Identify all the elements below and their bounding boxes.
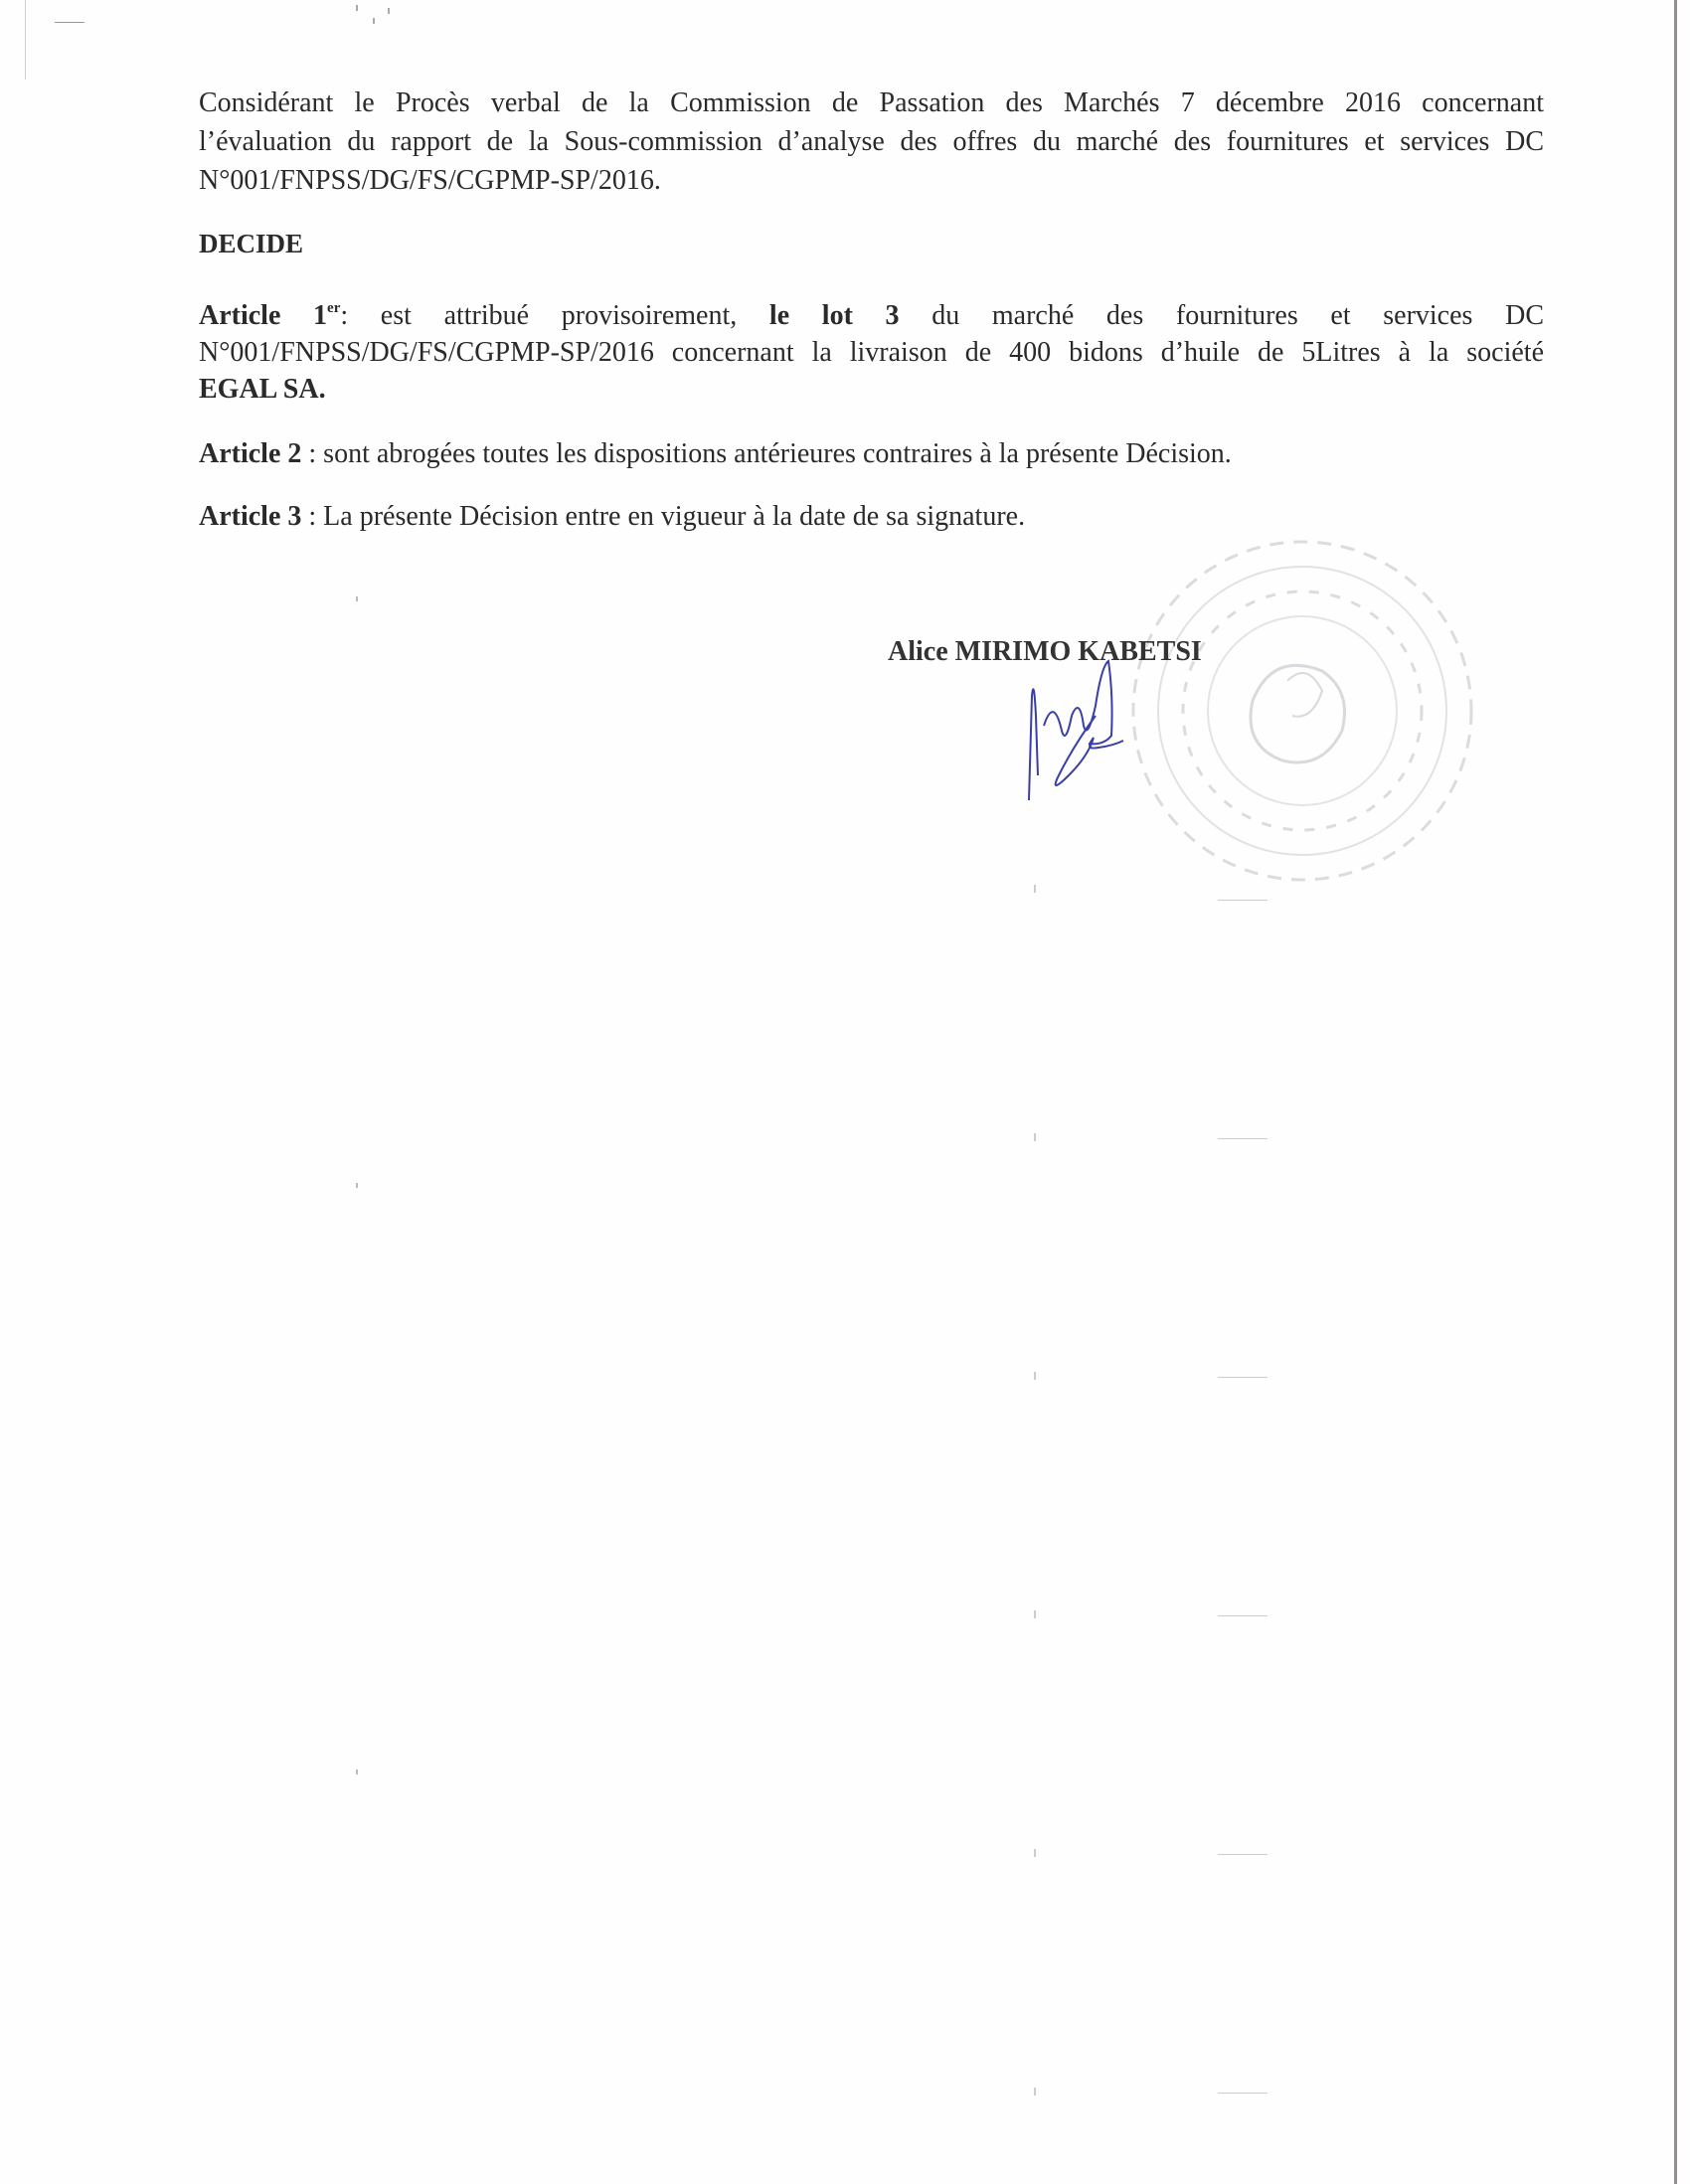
official-stamp-icon <box>1123 532 1481 890</box>
scan-edge-left <box>25 0 26 80</box>
article-2-text: : sont abrogées toutes les dispositions … <box>301 438 1231 469</box>
scan-mark <box>1218 900 1267 901</box>
article-1-text-cont: du marché des fournitures et services DC <box>900 300 1544 331</box>
scan-edge-right <box>1674 0 1677 2184</box>
decide-heading: DECIDE <box>199 225 1544 263</box>
article-2: Article 2 : sont abrogées toutes les dis… <box>199 434 1544 473</box>
scan-speck <box>373 18 375 24</box>
scan-speck <box>1034 1610 1036 1618</box>
preamble-line-2: l’évaluation du rapport de la Sous-commi… <box>199 122 1544 161</box>
scan-speck <box>356 1183 358 1188</box>
scan-mark <box>55 22 84 23</box>
article-3-text: : La présente Décision entre en vigueur … <box>301 501 1025 532</box>
scan-mark <box>1218 1615 1267 1616</box>
scan-speck <box>1034 1849 1036 1857</box>
article-3-label: Article 3 <box>199 501 301 532</box>
scan-speck <box>356 5 358 11</box>
scan-speck <box>1034 1372 1036 1380</box>
article-1-text: : est attribué provisoirement, <box>340 300 769 331</box>
scan-mark <box>1218 1854 1267 1855</box>
article-1-lot: le lot 3 <box>769 300 900 331</box>
scan-speck <box>1034 885 1036 893</box>
handwritten-signature-icon <box>1014 656 1143 805</box>
scan-mark <box>1218 2093 1267 2094</box>
article-1-label: Article 1er <box>199 300 340 331</box>
scan-speck <box>356 1769 358 1774</box>
scan-speck <box>1034 2088 1036 2096</box>
article-1-company: EGAL SA. <box>199 370 1544 409</box>
article-2-label: Article 2 <box>199 438 301 469</box>
scan-mark <box>1218 1138 1267 1139</box>
scanned-document-page: Considérant le Procès verbal de la Commi… <box>0 0 1690 2184</box>
article-1-line-1: Article 1er: est attribué provisoirement… <box>199 296 1544 335</box>
scan-speck <box>356 596 358 601</box>
scan-speck <box>1034 1133 1036 1141</box>
article-1-line-2: N°001/FNPSS/DG/FS/CGPMP-SP/2016 concerna… <box>199 333 1544 372</box>
scan-mark <box>1218 1377 1267 1378</box>
article-3: Article 3 : La présente Décision entre e… <box>199 497 1544 536</box>
scan-speck <box>388 8 390 14</box>
preamble-line-1: Considérant le Procès verbal de la Commi… <box>199 84 1544 122</box>
preamble-line-3: N°001/FNPSS/DG/FS/CGPMP-SP/2016. <box>199 161 1544 200</box>
